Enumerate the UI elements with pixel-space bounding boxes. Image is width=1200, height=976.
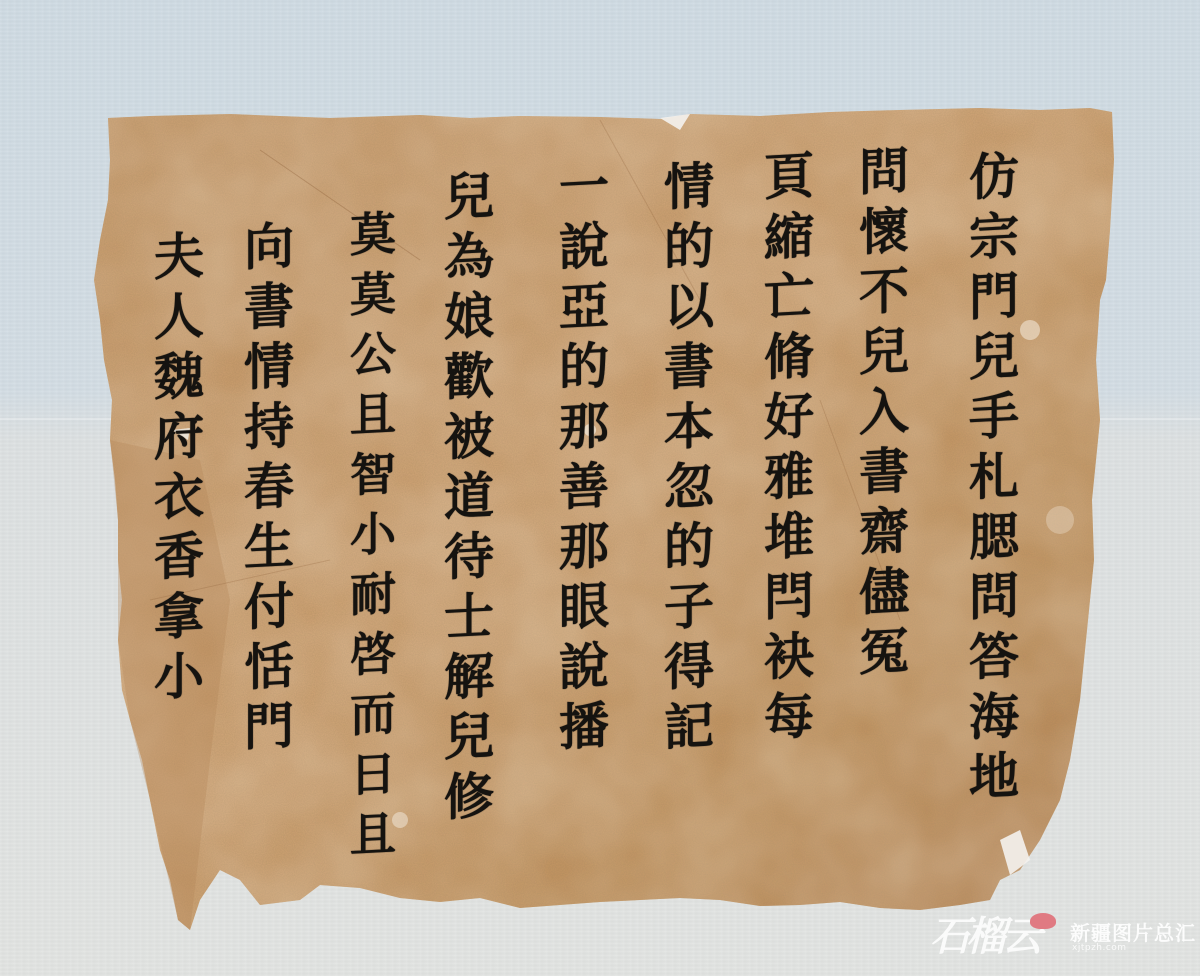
column-8: 向書情持春生付恬門 xyxy=(235,218,295,761)
watermark-logo: 石榴云 xyxy=(930,905,1038,962)
column-2: 問懷不兒入書齋儘冤 xyxy=(850,143,910,686)
calligraphy-columns: 仿宗門兒手札腮問答海地 問懷不兒入書齋儘冤 頁縮亡脩好雅堆閂袂每 情的以書本忽的… xyxy=(0,0,1200,976)
column-4: 情的以書本忽的子得記 xyxy=(655,158,715,761)
column-5: 一說亞的那善那眼說播 xyxy=(550,158,610,761)
pomegranate-icon xyxy=(1030,913,1056,929)
column-9: 夫人魏府衣香拿小 xyxy=(145,228,205,711)
watermark: 石榴云 新疆图片总汇 xjtpzh.com xyxy=(930,905,1200,965)
watermark-subtitle: xjtpzh.com xyxy=(1072,943,1127,953)
column-6: 兒為娘歡被道待士解兒修 xyxy=(435,168,495,831)
column-7: 莫莫公且智小耐啓而日且 xyxy=(340,208,400,871)
watermark-title: 新疆图片总汇 xyxy=(1070,917,1196,946)
column-1: 仿宗門兒手札腮問答海地 xyxy=(960,148,1020,811)
column-3: 頁縮亡脩好雅堆閂袂每 xyxy=(755,148,815,751)
